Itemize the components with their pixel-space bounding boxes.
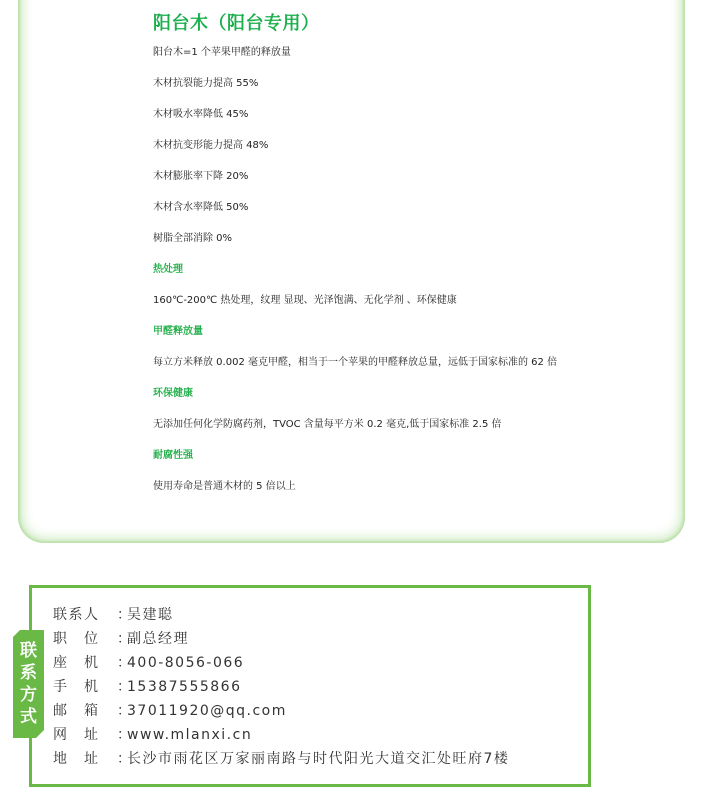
row-label: 座 机 — [53, 651, 117, 675]
tab-char: 式 — [13, 706, 44, 728]
product-content: 阳台木（阳台专用） 阳台木=1 个苹果甲醛的释放量 木材抗裂能力提高 55% 木… — [153, 12, 653, 511]
section-text: 无添加任何化学防腐药剂，TVOC 含量每平方米 0.2 毫克,低于国家标准 2.… — [153, 418, 653, 449]
row-value: 15387555866 — [127, 679, 241, 695]
contact-row-website: 网 址：www.mlanxi.cn — [53, 723, 509, 747]
contact-tab-label: 联 系 方 式 — [13, 630, 44, 738]
row-value: 长沙市雨花区万家丽南路与时代阳光大道交汇处旺府7楼 — [127, 751, 509, 767]
row-sep: ： — [117, 747, 127, 771]
section-heading-eco: 环保健康 — [153, 387, 653, 418]
section-heading-heat-treatment: 热处理 — [153, 263, 653, 294]
contact-row-person: 联系人：吴建聪 — [53, 603, 509, 627]
row-label: 地 址 — [53, 747, 117, 771]
row-value: 吴建聪 — [127, 607, 174, 623]
row-label: 邮 箱 — [53, 699, 117, 723]
section-heading-formaldehyde: 甲醛释放量 — [153, 325, 653, 356]
feature-line: 木材含水率降低 50% — [153, 201, 653, 232]
feature-line: 树脂全部消除 0% — [153, 232, 653, 263]
row-label: 手 机 — [53, 675, 117, 699]
row-sep: ： — [117, 627, 127, 651]
row-sep: ： — [117, 675, 127, 699]
tab-char: 系 — [13, 662, 44, 684]
contact-rows: 联系人：吴建聪 职 位：副总经理 座 机：400-8056-066 手 机：15… — [53, 603, 509, 771]
row-value: 副总经理 — [127, 631, 189, 647]
tab-char: 联 — [13, 640, 44, 662]
feature-line: 木材抗变形能力提高 48% — [153, 139, 653, 170]
row-value: www.mlanxi.cn — [127, 727, 252, 743]
feature-line: 木材抗裂能力提高 55% — [153, 77, 653, 108]
contact-row-landline: 座 机：400-8056-066 — [53, 651, 509, 675]
tab-char: 方 — [13, 684, 44, 706]
contact-row-email: 邮 箱：37011920@qq.com — [53, 699, 509, 723]
contact-row-address: 地 址：长沙市雨花区万家丽南路与时代阳光大道交汇处旺府7楼 — [53, 747, 509, 771]
row-sep: ： — [117, 699, 127, 723]
row-label: 网 址 — [53, 723, 117, 747]
product-title: 阳台木（阳台专用） — [153, 12, 653, 36]
contact-row-position: 职 位：副总经理 — [53, 627, 509, 651]
row-sep: ： — [117, 603, 127, 627]
row-sep: ： — [117, 651, 127, 675]
section-text: 使用寿命是普通木材的 5 倍以上 — [153, 480, 653, 511]
feature-line: 阳台木=1 个苹果甲醛的释放量 — [153, 46, 653, 77]
row-label: 联系人 — [53, 603, 117, 627]
row-label: 职 位 — [53, 627, 117, 651]
row-value: 37011920@qq.com — [127, 703, 287, 719]
section-heading-durability: 耐腐性强 — [153, 449, 653, 480]
section-text: 每立方米释放 0.002 毫克甲醛，相当于一个苹果的甲醛释放总量，远低于国家标准… — [153, 356, 653, 387]
feature-line: 木材吸水率降低 45% — [153, 108, 653, 139]
row-value: 400-8056-066 — [127, 655, 244, 671]
feature-line: 木材膨胀率下降 20% — [153, 170, 653, 201]
row-sep: ： — [117, 723, 127, 747]
contact-row-mobile: 手 机：15387555866 — [53, 675, 509, 699]
section-text: 160℃-200℃ 热处理，纹理 显现、光泽饱满、无化学剂 、环保健康 — [153, 294, 653, 325]
